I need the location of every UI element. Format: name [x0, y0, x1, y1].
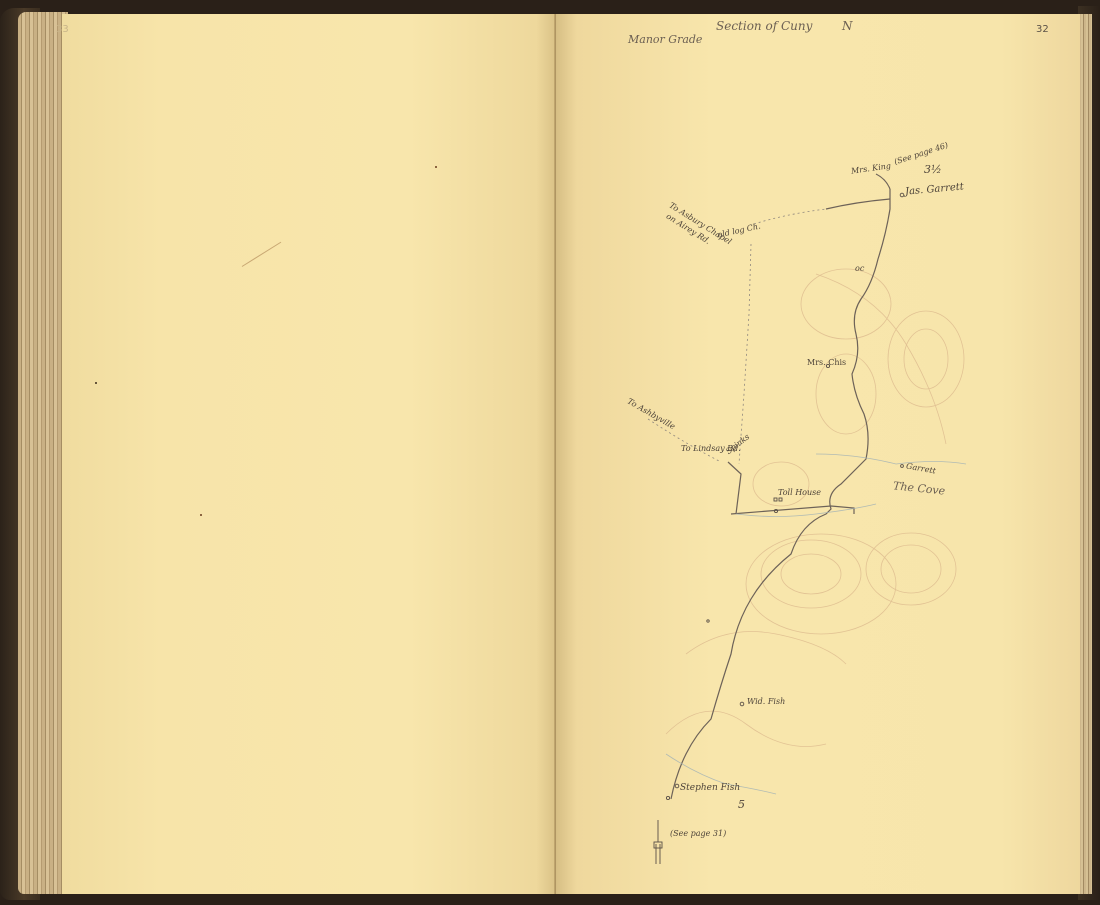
label-wid-fish: Wid. Fish: [747, 697, 785, 706]
label-toll-house: Toll House: [778, 488, 821, 497]
label-mrs-chis: Mrs. Chis: [807, 358, 846, 367]
pencil-stroke: [242, 242, 282, 267]
ink-spot: [435, 166, 437, 168]
ink-spot: [200, 514, 202, 516]
label-see-page-31: (See page 31): [670, 829, 726, 838]
page-edges-left: [18, 12, 68, 894]
ink-spot: [95, 382, 97, 384]
label-stephen-fish: Stephen Fish: [680, 783, 740, 793]
left-page-corner-mark: 33: [56, 24, 69, 35]
house-markers: [654, 193, 904, 864]
label-fraction: 3½: [924, 163, 942, 176]
left-page: 33: [62, 14, 556, 894]
streams: [666, 454, 966, 794]
label-number-five: 5: [738, 798, 745, 811]
label-oc: oc: [855, 264, 864, 273]
hand-drawn-map: [556, 14, 1080, 894]
